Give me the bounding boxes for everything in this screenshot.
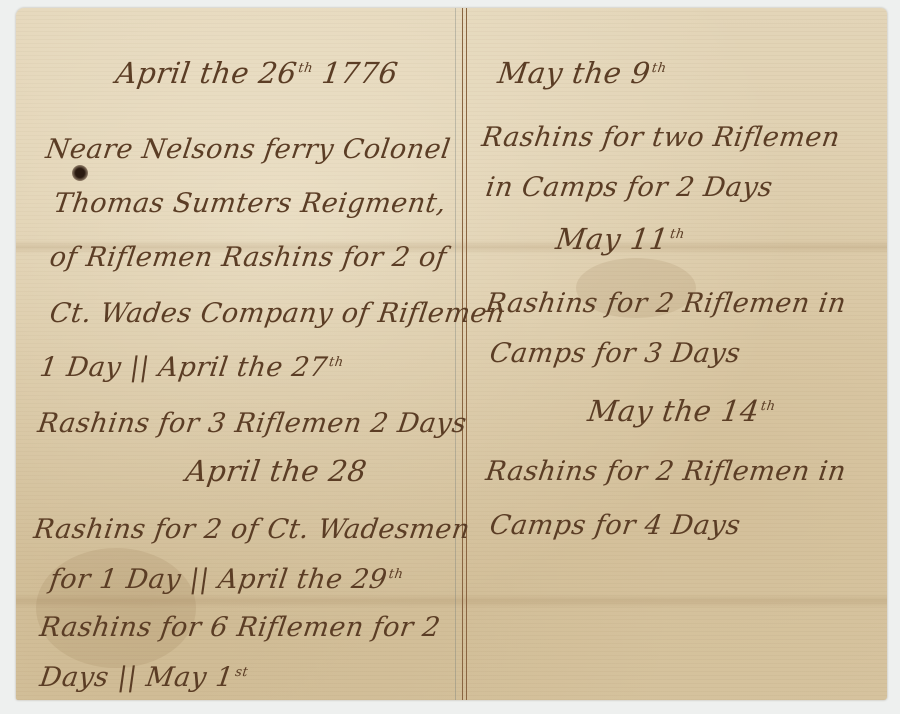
- entry-line: in Camps for 2 Days: [484, 172, 775, 203]
- entry-line: Camps for 3 Days: [488, 338, 743, 369]
- entry-line: Days || May 1st: [38, 662, 250, 693]
- entry-line: Camps for 4 Days: [488, 510, 743, 541]
- entry-line: Rashins for 2 Riflemen in: [484, 456, 848, 487]
- center-rule-line: [466, 8, 467, 700]
- center-rule-line: [462, 8, 463, 700]
- date-heading: May the 14th: [586, 394, 778, 428]
- entry-line: of Riflemen Rashins for 2 of: [48, 242, 449, 273]
- fold-crease: [455, 8, 456, 700]
- entry-line: Ct. Wades Company of Riflemen: [48, 298, 507, 329]
- date-heading: April the 26th 1776: [114, 56, 401, 90]
- entry-line: for 1 Day || April the 29th: [48, 564, 405, 595]
- manuscript-page: April the 26th 1776 Neare Nelsons ferry …: [16, 8, 887, 700]
- entry-line: Thomas Sumters Reigment,: [52, 188, 448, 219]
- entry-line: 1 Day || April the 27th: [38, 352, 345, 383]
- ink-blot: [72, 165, 88, 181]
- entry-line: Rashins for 6 Riflemen for 2: [38, 612, 443, 643]
- date-heading: April the 28: [184, 454, 370, 488]
- date-heading: May 11th: [554, 222, 687, 256]
- date-heading: May the 9th: [496, 56, 669, 90]
- entry-line: Rashins for 2 Riflemen in: [484, 288, 848, 319]
- entry-line: Rashins for 3 Riflemen 2 Days: [36, 408, 469, 439]
- entry-line: Neare Nelsons ferry Colonel: [44, 134, 453, 165]
- entry-line: Rashins for two Riflemen: [480, 122, 842, 153]
- entry-line: Rashins for 2 of Ct. Wadesmen: [32, 514, 472, 545]
